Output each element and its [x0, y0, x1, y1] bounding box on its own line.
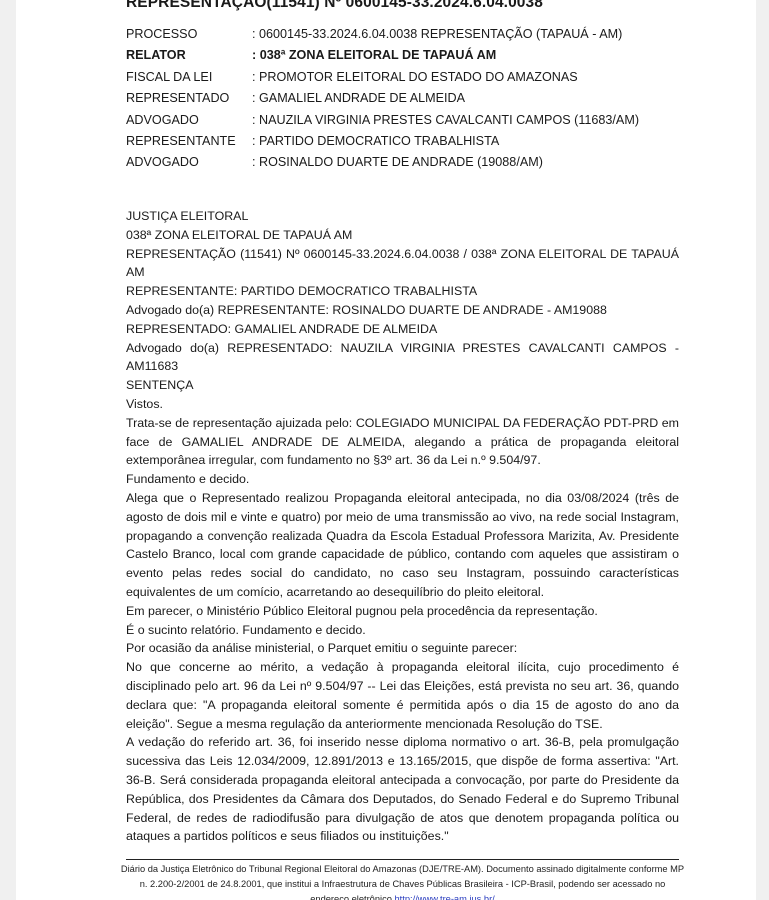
process-metadata-table: PROCESSO : 0600145-33.2024.6.04.0038 REP… — [126, 24, 639, 174]
sentence-body: JUSTIÇA ELEITORAL 038ª ZONA ELEITORAL DE… — [126, 207, 679, 846]
party-representado: REPRESENTADO: GAMALIEL ANDRADE DE ALMEID… — [126, 320, 679, 339]
meta-label: ADVOGADO — [126, 110, 252, 131]
paragraph-summary: Trata-se de representação ajuizada pelo:… — [126, 414, 679, 470]
court-zone: 038ª ZONA ELEITORAL DE TAPAUÁ AM — [126, 226, 679, 245]
meta-value: : ROSINALDO DUARTE DE ANDRADE (19088/AM) — [252, 152, 543, 173]
paragraph-fundamento: Fundamento e decido. — [126, 470, 679, 489]
meta-row-relator: RELATOR : 038ª ZONA ELEITORAL DE TAPAUÁ … — [126, 45, 639, 66]
meta-row-processo: PROCESSO : 0600145-33.2024.6.04.0038 REP… — [126, 24, 639, 45]
footer-notice: Diário da Justiça Eletrônico do Tribunal… — [120, 862, 685, 900]
case-reference: REPRESENTAÇÃO (11541) Nº 0600145-33.2024… — [126, 245, 679, 283]
paragraph-merit: No que concerne ao mérito, a vedação à p… — [126, 658, 679, 733]
footer-link[interactable]: http://www.tre-am.jus.br/ — [395, 894, 495, 900]
meta-row-fiscal-da-lei: FISCAL DA LEI : PROMOTOR ELEITORAL DO ES… — [126, 67, 639, 88]
paragraph-parquet: Por ocasião da análise ministerial, o Pa… — [126, 639, 679, 658]
meta-row-advogado-representado: ADVOGADO : NAUZILA VIRGINIA PRESTES CAVA… — [126, 110, 639, 131]
footer-divider — [126, 859, 679, 860]
paragraph-report: É o sucinto relatório. Fundamento e deci… — [126, 621, 679, 640]
meta-value: : PROMOTOR ELEITORAL DO ESTADO DO AMAZON… — [252, 67, 578, 88]
meta-label: PROCESSO — [126, 24, 252, 45]
meta-label: RELATOR — [126, 45, 252, 66]
meta-label: REPRESENTANTE — [126, 131, 252, 152]
paragraph-allegation: Alega que o Representado realizou Propag… — [126, 489, 679, 602]
document-header-title: REPRESENTAÇÃO(11541) Nº 0600145-33.2024.… — [126, 0, 543, 12]
meta-label: ADVOGADO — [126, 152, 252, 173]
meta-label: REPRESENTADO — [126, 88, 252, 109]
party-representante: REPRESENTANTE: PARTIDO DEMOCRATICO TRABA… — [126, 282, 679, 301]
paragraph-vistos: Vistos. — [126, 395, 679, 414]
court-name: JUSTIÇA ELEITORAL — [126, 207, 679, 226]
lawyer-representado: Advogado do(a) REPRESENTADO: NAUZILA VIR… — [126, 339, 679, 377]
meta-label: FISCAL DA LEI — [126, 67, 252, 88]
paragraph-art-36b: A vedação do referido art. 36, foi inser… — [126, 733, 679, 846]
meta-row-representante: REPRESENTANTE : PARTIDO DEMOCRATICO TRAB… — [126, 131, 639, 152]
meta-row-advogado-representante: ADVOGADO : ROSINALDO DUARTE DE ANDRADE (… — [126, 152, 639, 173]
meta-value: : PARTIDO DEMOCRATICO TRABALHISTA — [252, 131, 499, 152]
meta-value: : 038ª ZONA ELEITORAL DE TAPAUÁ AM — [252, 45, 496, 66]
paragraph-mp-opinion: Em parecer, o Ministério Público Eleitor… — [126, 602, 679, 621]
meta-value: : 0600145-33.2024.6.04.0038 REPRESENTAÇÃ… — [252, 24, 622, 45]
meta-value: : NAUZILA VIRGINIA PRESTES CAVALCANTI CA… — [252, 110, 639, 131]
meta-row-representado: REPRESENTADO : GAMALIEL ANDRADE DE ALMEI… — [126, 88, 639, 109]
meta-value: : GAMALIEL ANDRADE DE ALMEIDA — [252, 88, 465, 109]
lawyer-representante: Advogado do(a) REPRESENTANTE: ROSINALDO … — [126, 301, 679, 320]
document-page: REPRESENTAÇÃO(11541) Nº 0600145-33.2024.… — [16, 0, 756, 900]
sentence-heading: SENTENÇA — [126, 376, 679, 395]
